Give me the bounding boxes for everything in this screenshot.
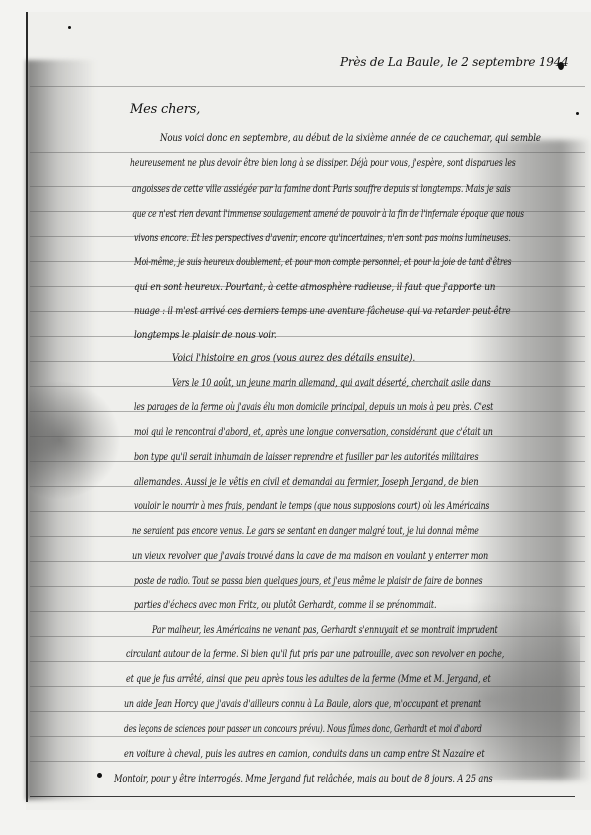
left-margin-dark-patch — [26, 380, 121, 500]
ruled-line — [30, 152, 585, 153]
letter-line: Nous voici donc en septembre, au début d… — [160, 132, 541, 144]
letter-line: qui en sont heureux. Pourtant, à cette a… — [134, 281, 495, 293]
letter-line: bon type qu'il serait inhumain de laisse… — [134, 451, 478, 463]
letter-line: les parages de la ferme où j'avais élu m… — [134, 401, 493, 413]
letter-line: vouloir le nourrir à mes frais, pendant … — [134, 500, 489, 512]
ink-speck — [68, 26, 71, 29]
ruled-line — [30, 86, 585, 87]
left-paper-edge — [26, 12, 28, 802]
ruled-line — [30, 686, 585, 687]
letter-line: angoisses de cette ville assiégée par la… — [132, 183, 511, 195]
letter-line: longtemps le plaisir de nous voir. — [134, 329, 277, 341]
letter-line: que ce n'est rien devant l'immense soula… — [132, 208, 524, 220]
scanned-page: Près de La Baule, le 2 septembre 1944 Me… — [0, 0, 591, 835]
letter-line: ne seraient pas encore venus. Le gars se… — [132, 525, 479, 537]
ruled-line — [30, 611, 585, 612]
letter-dateline: Près de La Baule, le 2 septembre 1944 — [340, 55, 569, 69]
letter-line: des leçons de sciences pour passer un co… — [124, 723, 482, 735]
ruled-line — [30, 661, 585, 662]
letter-line: Montoir, pour y être interrogés. Mme Jer… — [114, 773, 493, 785]
letter-line: Par malheur, les Américains ne venant pa… — [152, 624, 498, 636]
letter-line: heureusement ne plus devoir être bien lo… — [130, 157, 516, 169]
ruled-line — [30, 711, 585, 712]
ink-speck — [97, 773, 102, 778]
letter-line: un vieux revolver que j'avais trouvé dan… — [132, 550, 488, 562]
ruled-line — [30, 336, 585, 337]
letter-line: allemandes. Aussi je le vêtis en civil e… — [134, 476, 478, 488]
ruled-line — [30, 736, 585, 737]
ruled-line — [30, 761, 585, 762]
letter-line: en voiture à cheval, puis les autres en … — [124, 748, 484, 760]
letter-line: parties d'échecs avec mon Fritz, ou plut… — [134, 599, 436, 611]
letter-line: Moi-même, je suis heureux doublement, et… — [134, 256, 511, 268]
letter-line: et que je fus arrêté, ainsi que peu aprè… — [126, 673, 491, 685]
letter-line: nuage : il m'est arrivé ces derniers tem… — [134, 305, 511, 317]
letter-salutation: Mes chers, — [130, 102, 200, 117]
letter-line: moi qui le rencontrai d'abord, et, après… — [134, 426, 493, 438]
letter-line: un aide Jean Horcy que j'avais d'ailleur… — [124, 698, 481, 710]
ruled-line — [30, 636, 585, 637]
ink-speck — [576, 112, 579, 115]
letter-line: vivons encore. Et les perspectives d'ave… — [134, 232, 511, 244]
bottom-ruled-line — [30, 796, 575, 797]
letter-line: poste de radio. Tout se passa bien quelq… — [134, 575, 482, 587]
letter-line: Vers le 10 août, un jeune marin allemand… — [172, 377, 491, 389]
letter-line: Voici l'histoire en gros (vous aurez des… — [172, 352, 415, 364]
letter-line: circulant autour de la ferme. Si bien qu… — [126, 648, 504, 660]
